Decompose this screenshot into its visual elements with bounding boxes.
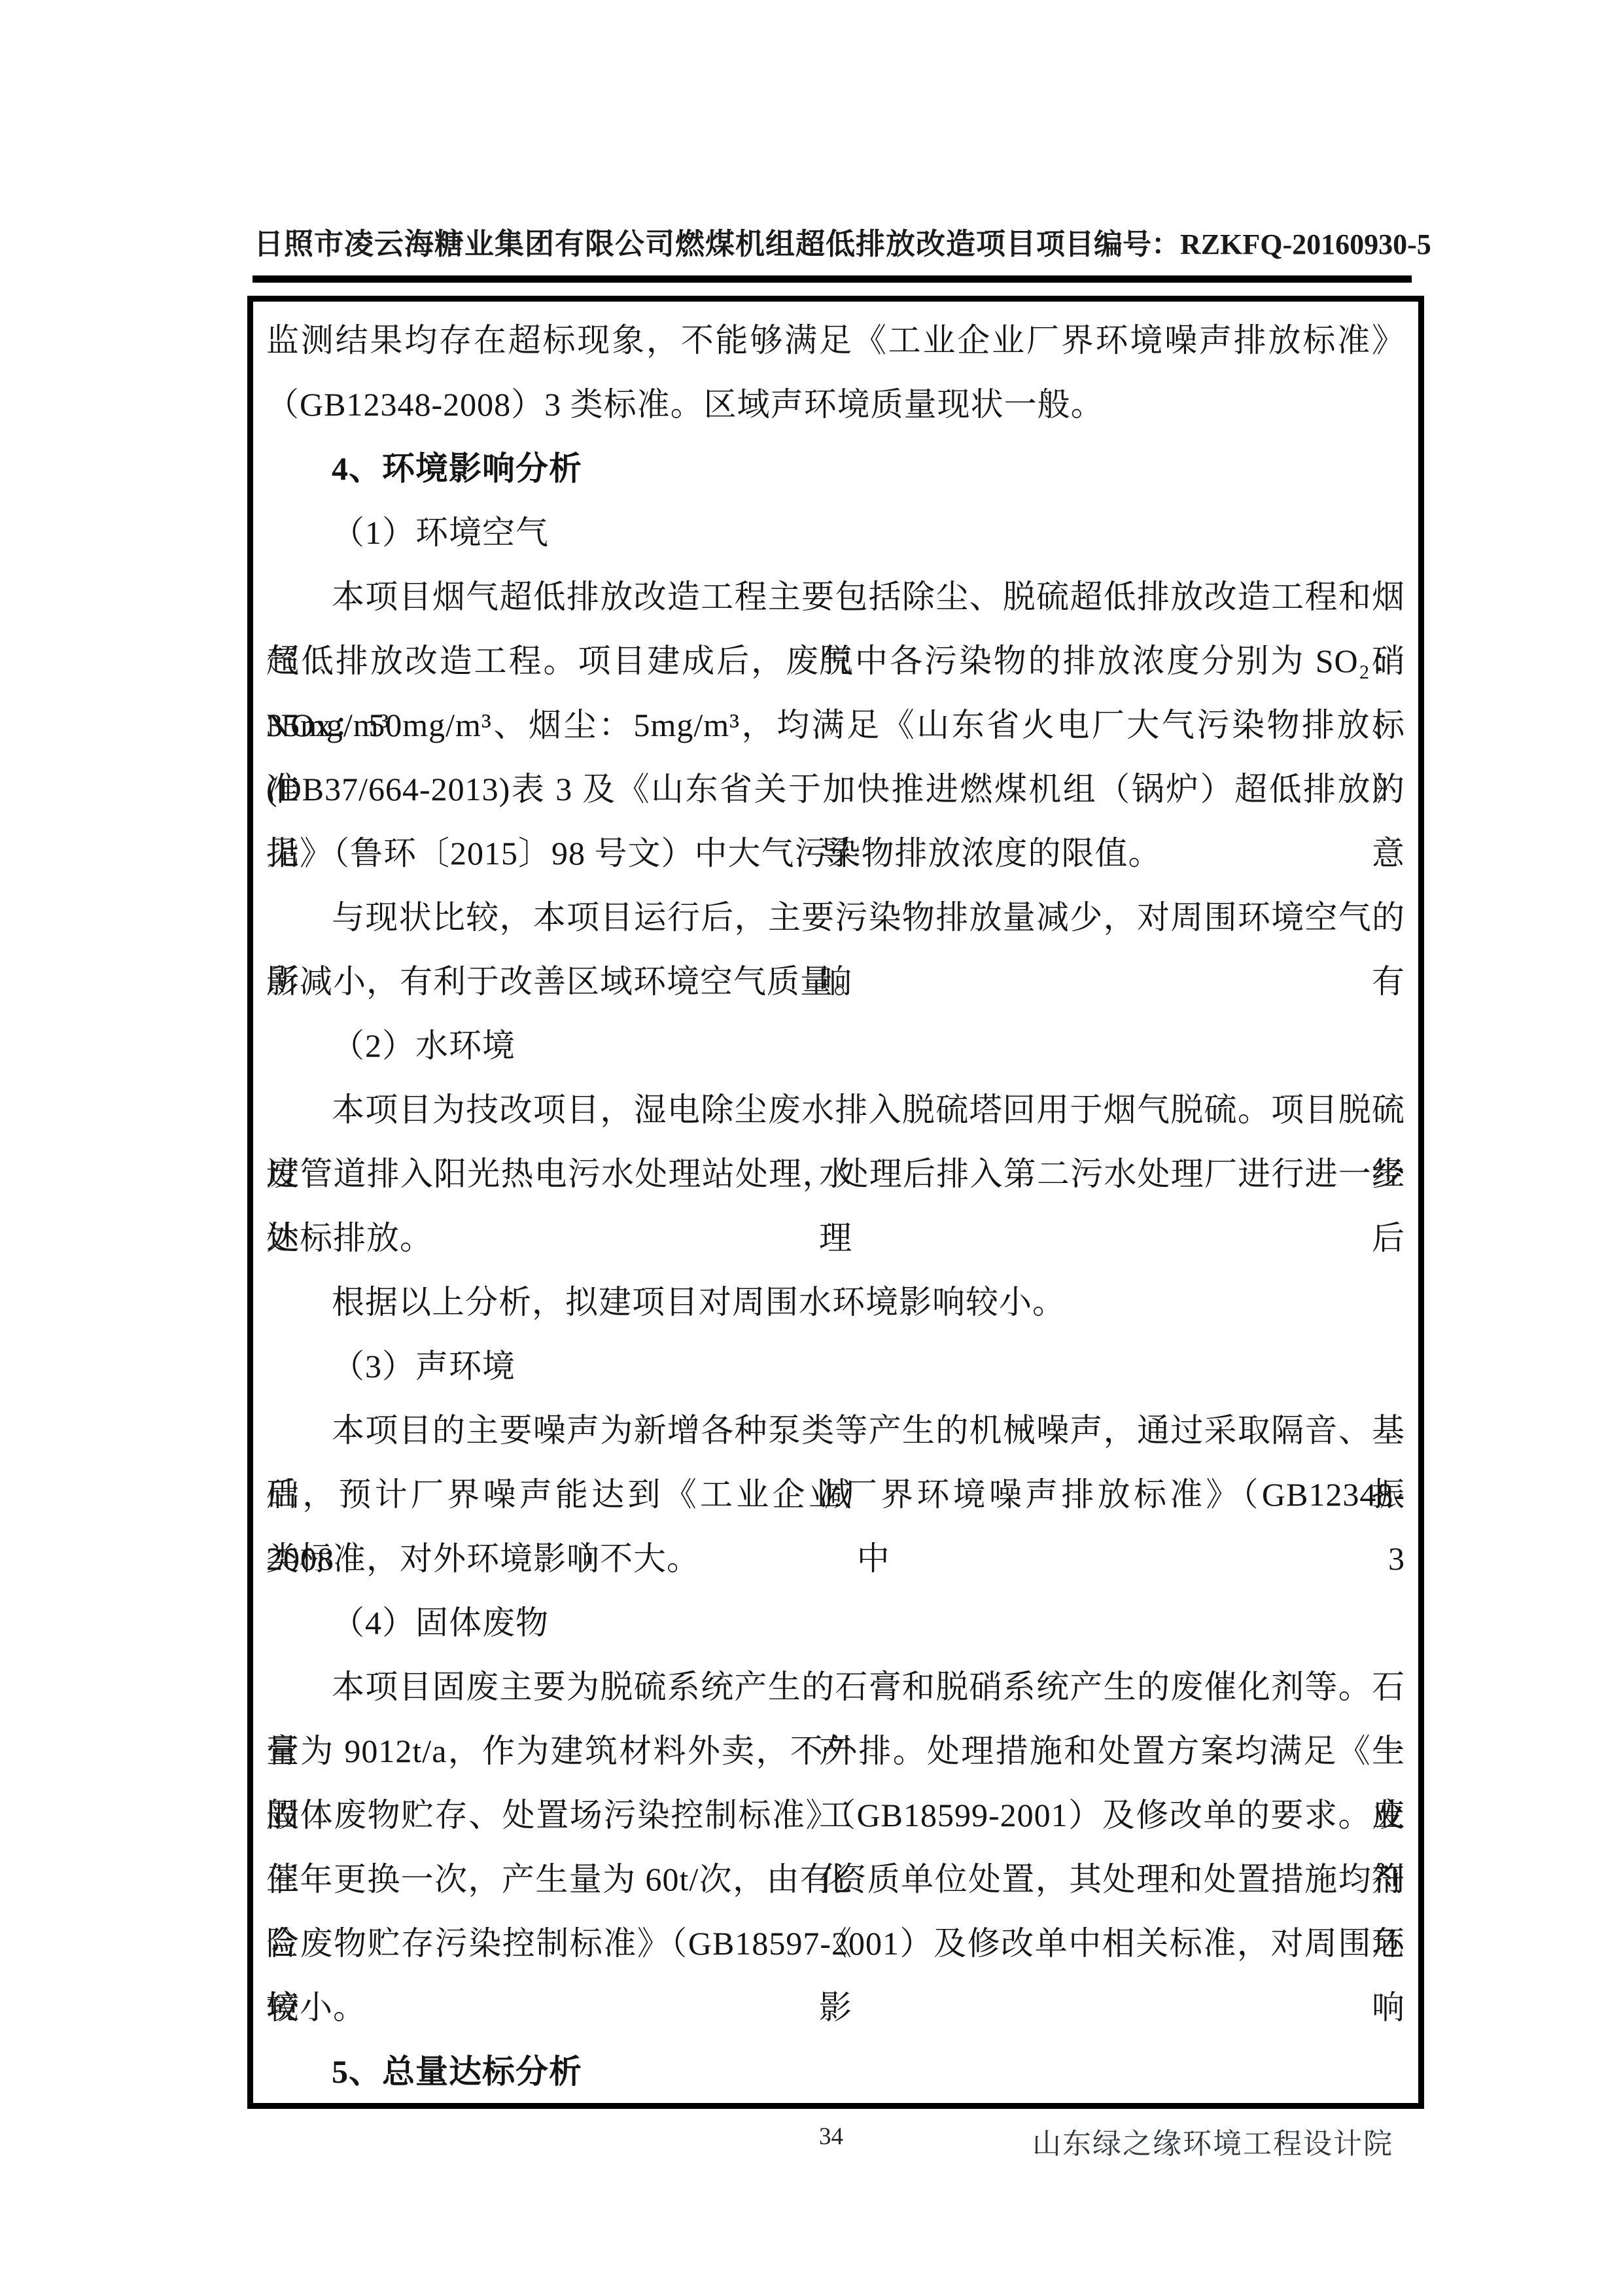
document-line: 本项目为技改项目，湿电除尘废水排入脱硫塔回用于烟气脱硫。项目脱硫废水经 (266, 1078, 1405, 1142)
document-line: NOx：50mg/m³、烟尘：5mg/m³，均满足《山东省火电厂大气污染物排放标… (266, 693, 1405, 757)
publisher-name: 山东绿之缘环境工程设计院 (1032, 2120, 1393, 2162)
document-line: （GB12348-2008）3 类标准。区域声环境质量现状一般。 (266, 372, 1405, 436)
document-line: 三年更换一次，产生量为 60t/次，由有资质单位处置，其处理和处置措施均符合《危 (266, 1847, 1405, 1911)
header-title: 日照市凌云海糖业集团有限公司燃煤机组超低排放改造项目 (254, 220, 1036, 262)
header-rule (253, 275, 1412, 283)
document-line: （3）声环境 (266, 1334, 1405, 1398)
document-line: 险废物贮存污染控制标准》（GB18597-2001）及修改单中相关标准，对周围环… (266, 1911, 1405, 1975)
document-line: （4）固体废物 (266, 1591, 1405, 1655)
document-line: 量为 9012t/a，作为建筑材料外卖，不外排。处理措施和处置方案均满足《一般工… (266, 1719, 1405, 1783)
document-line: 过管道排入阳光热电污水处理站处理，处理后排入第二污水处理厂进行进一步处理后 (266, 1142, 1405, 1206)
page-number: 34 (819, 2123, 843, 2151)
document-page: 日照市凌云海糖业集团有限公司燃煤机组超低排放改造项目 项目编号：RZKFQ-20… (0, 0, 1623, 2296)
page-header: 日照市凌云海糖业集团有限公司燃煤机组超低排放改造项目 项目编号：RZKFQ-20… (254, 220, 1413, 262)
document-line: 后，预计厂界噪声能达到《工业企业厂界环境噪声排放标准》（GB12348-2008… (266, 1462, 1405, 1527)
document-line: 本项目烟气超低排放改造工程主要包括除尘、脱硫超低排放改造工程和烟气脱硝 (266, 565, 1405, 629)
section-heading: 4、环境影响分析 (266, 436, 1405, 501)
document-line: （1）环境空气 (266, 501, 1405, 565)
document-line: 与现状比较，本项目运行后，主要污染物排放量减少，对周围环境空气的影响有 (266, 885, 1405, 949)
document-line: 固体废物贮存、处置场污染控制标准》（GB18599-2001）及修改单的要求。废… (266, 1783, 1405, 1847)
header-project-number: 项目编号：RZKFQ-20160930-5 (1036, 221, 1431, 262)
document-line: （2）水环境 (266, 1014, 1405, 1078)
document-line: (DB37/664-2013)表 3 及《山东省关于加快推进燃煤机组（锅炉）超低… (266, 757, 1405, 821)
document-line: 监测结果均存在超标现象，不能够满足《工业企业厂界环境噪声排放标准》 (266, 308, 1405, 372)
content-box: 监测结果均存在超标现象，不能够满足《工业企业厂界环境噪声排放标准》（GB1234… (247, 296, 1424, 2109)
document-line: 超低排放改造工程。项目建成后，废气中各污染物的排放浓度分别为 SO₂：35mg/… (266, 629, 1405, 693)
document-line: 根据以上分析，拟建项目对周围水环境影响较小。 (266, 1270, 1405, 1334)
document-line: 本项目的主要噪声为新增各种泵类等产生的机械噪声，通过采取隔音、基础减振 (266, 1398, 1405, 1462)
document-line: 本项目固废主要为脱硫系统产生的石膏和脱硝系统产生的废催化剂等。石膏产生 (266, 1655, 1405, 1719)
section-heading: 5、总量达标分析 (266, 2040, 1405, 2104)
